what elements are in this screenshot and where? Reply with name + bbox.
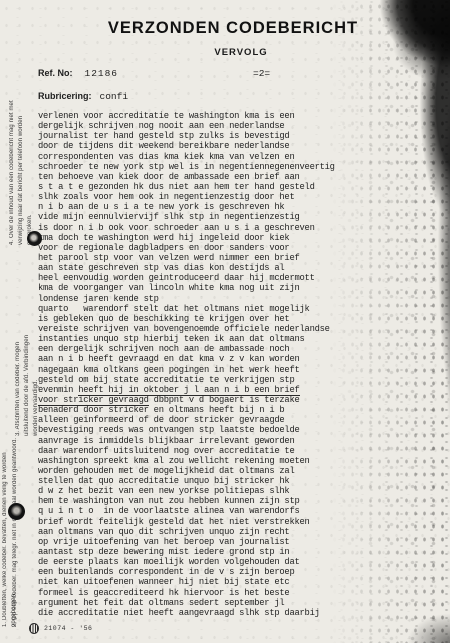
body-line: een buitenlands correspondent in de v s … <box>38 567 408 577</box>
body-line: kma doch te washington werd hij ingeleid… <box>38 233 408 243</box>
body-line: londense jaren kende stp <box>38 294 408 304</box>
page-title: VERZONDEN CODEBERICHT <box>0 19 450 38</box>
body-line: instanties unquo stp hierbij teken ik aa… <box>38 334 408 344</box>
body-line: d w z het bezit van een new yorkse polit… <box>38 486 408 496</box>
body-line: de eerste plaats kan moeilijk worden vol… <box>38 557 408 567</box>
body-line: evenmin heeft hij in oktober j l aan n i… <box>38 385 408 395</box>
body-line: gesteld om bij state accreditatie te ver… <box>38 375 408 385</box>
body-line: door de tijdens dit weekend bereikbare n… <box>38 141 408 151</box>
body-line: voor stricker gevraagd dbbpnt v d bogaer… <box>38 395 408 405</box>
body-line: s t a t e gezonden hk dus niet aan hem t… <box>38 182 408 192</box>
margin-note-3: 3. Afschriften van codeber. mogen uitslu… <box>14 326 32 436</box>
body-line: aanvrage is inmiddels blijkbaar irreleva… <box>38 436 408 446</box>
body-line: schroeder te new york stp wel is in nege… <box>38 162 408 172</box>
body-line: n i b aan de u s i a te new york is gesc… <box>38 202 408 212</box>
body-line: bevestiging reeds was ontvangen stp laat… <box>38 425 408 435</box>
body-line: aan n i b heeft gevraagd en dat kma v z … <box>38 354 408 364</box>
body-line: journalist ter hand gesteld stp zulks is… <box>38 131 408 141</box>
body-line: op vrije uitoefening van het beroep van … <box>38 537 408 547</box>
margin-note-1: 1. Doubletten, welke codeber. bevatten, … <box>1 432 10 627</box>
telegram-page: VERZONDEN CODEBERICHT VERVOLG Ref. No:12… <box>0 0 450 643</box>
printer-emblem-icon <box>29 623 39 634</box>
body-line: vereiste schrijven van bovengenoemde off… <box>38 324 408 334</box>
body-line: voor de regionale dagbladpers en door sa… <box>38 243 408 253</box>
rubricering-value: confi <box>100 91 129 102</box>
message-body: verlenen voor accreditatie te washington… <box>38 111 408 618</box>
body-line: washington spreekt kma al zou wellicht r… <box>38 456 408 466</box>
body-line: daar warendorf uitsluitend nog over accr… <box>38 446 408 456</box>
body-line: correspondenten vas dias kma kiek kma va… <box>38 152 408 162</box>
body-line: q u i n t o in de voorlaatste alinea van… <box>38 506 408 516</box>
body-line: slhk zoals voor hem ook in negentienzest… <box>38 192 408 202</box>
body-line: hem te washington van nut zou hebben kun… <box>38 496 408 506</box>
body-line: aantast stp deze bewering mist iedere gr… <box>38 547 408 557</box>
ref-no-row: Ref. No:12186 <box>38 68 118 79</box>
ref-no-value: 12186 <box>85 68 119 79</box>
body-line: een dergelijk schrijven noch aan de amba… <box>38 344 408 354</box>
body-line: niet kan uitoefenen wanneer hij niet bij… <box>38 577 408 587</box>
body-line: benaderd door stricker en oltmans heeft … <box>38 405 408 415</box>
body-line: vide mijn eennulviervijf slhk stp in neg… <box>38 212 408 222</box>
body-line: is gebleken quo de beschikking te krijge… <box>38 314 408 324</box>
body-line: brief wordt feitelijk gesteld dat het ni… <box>38 517 408 527</box>
rubricering-row: Rubricering:confi <box>38 91 128 102</box>
body-line: quarto warendorf stelt dat het oltmans n… <box>38 304 408 314</box>
body-line: het parool stp voor van velzen werd nimm… <box>38 253 408 263</box>
ref-no-label: Ref. No: <box>38 68 73 78</box>
body-line: heel eenvoudig worden geintroduceerd daa… <box>38 273 408 283</box>
form-print-code: 21074 - '56 <box>29 623 92 634</box>
body-line: die accreditatie niet heeft aangevraagd … <box>38 608 408 618</box>
body-line: alleen geinformeerd of de door stricker … <box>38 415 408 425</box>
ink-stamp-mark <box>27 231 42 246</box>
body-line: kma de voorganger van lincoln white kma … <box>38 283 408 293</box>
margin-note-4: 4. Over de inhoud van een codebericht ma… <box>8 95 28 245</box>
print-code-text: 21074 - '56 <box>44 625 92 632</box>
body-line: verlenen voor accreditatie te washington… <box>38 111 408 121</box>
body-line: is door n i b ook voor schroeder aan u s… <box>38 223 408 233</box>
rubricering-label: Rubricering: <box>38 91 92 101</box>
body-line: aan state geschreven stp vas dias kon de… <box>38 263 408 273</box>
body-line: aan oltmans van quo dit schrijven unquo … <box>38 527 408 537</box>
body-line: nagegaan kma oltkans geen pogingen in he… <box>38 365 408 375</box>
body-line: dergelijk schrijven nog nooit aan een ne… <box>38 121 408 131</box>
ink-stamp-mark <box>8 503 25 520</box>
body-line: formeel is geaccrediteerd hk hiervoor is… <box>38 588 408 598</box>
page-number: =2= <box>253 68 270 79</box>
page-subtitle: VERVOLG <box>0 47 450 58</box>
body-line: stellen dat quo accreditatie unquo bij s… <box>38 476 408 486</box>
body-line: argument het feit dat oltmans sedert sep… <box>38 598 408 608</box>
body-line: worden gehouden met de mogelijkheid dat … <box>38 466 408 476</box>
body-line: ten behoeve van kiek door de ambassade e… <box>38 172 408 182</box>
